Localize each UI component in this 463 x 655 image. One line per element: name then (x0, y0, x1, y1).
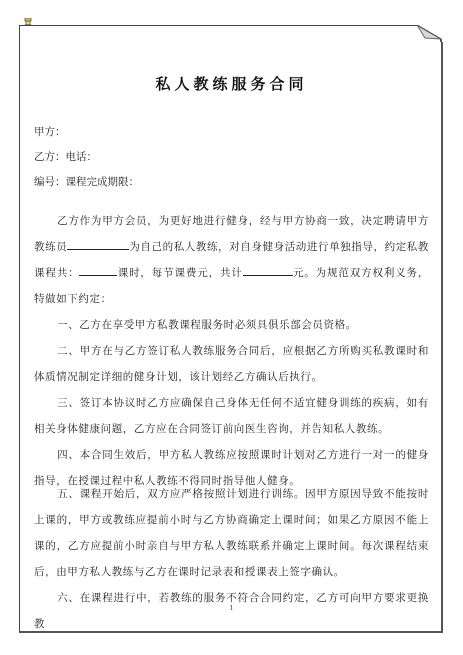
course-hours-blank[interactable] (79, 263, 117, 276)
clause-2: 二、甲方在与乙方签订私人教练服务合同后，应根据乙方所购买私教课时和体质情况制定详… (34, 338, 429, 390)
party-a-field: 甲方： (34, 124, 66, 139)
intro-paragraph: 乙方作为甲方会员，为更好地进行健身，经与甲方协商一致，决定聘请甲方教练员为自己的… (34, 208, 429, 312)
number-deadline-field: 编号：课程完成期限： (34, 174, 139, 189)
party-b-phone-field: 乙方：电话： (34, 149, 97, 164)
total-fee-blank[interactable] (243, 263, 293, 276)
intro-text-3: 课时，每节课费元，共计 (117, 267, 242, 279)
clause-5: 五、课程开始后，双方应严格按照计划进行训练。因甲方原因导致不能按时上课的，甲方或… (34, 481, 429, 585)
document-title: 私人教练服务合同 (0, 73, 463, 94)
page-number: 1 (0, 605, 463, 612)
clause-3: 三、签订本协议时乙方应确保自己身体无任何不适宜健身训练的疾病，如有相关身体健康问… (34, 390, 429, 442)
page-fold-corner-icon (417, 25, 443, 42)
trainer-name-blank[interactable] (67, 237, 129, 250)
clause-1: 一、乙方在享受甲方私教课程服务时必须具俱乐部会员资格。 (34, 312, 429, 338)
